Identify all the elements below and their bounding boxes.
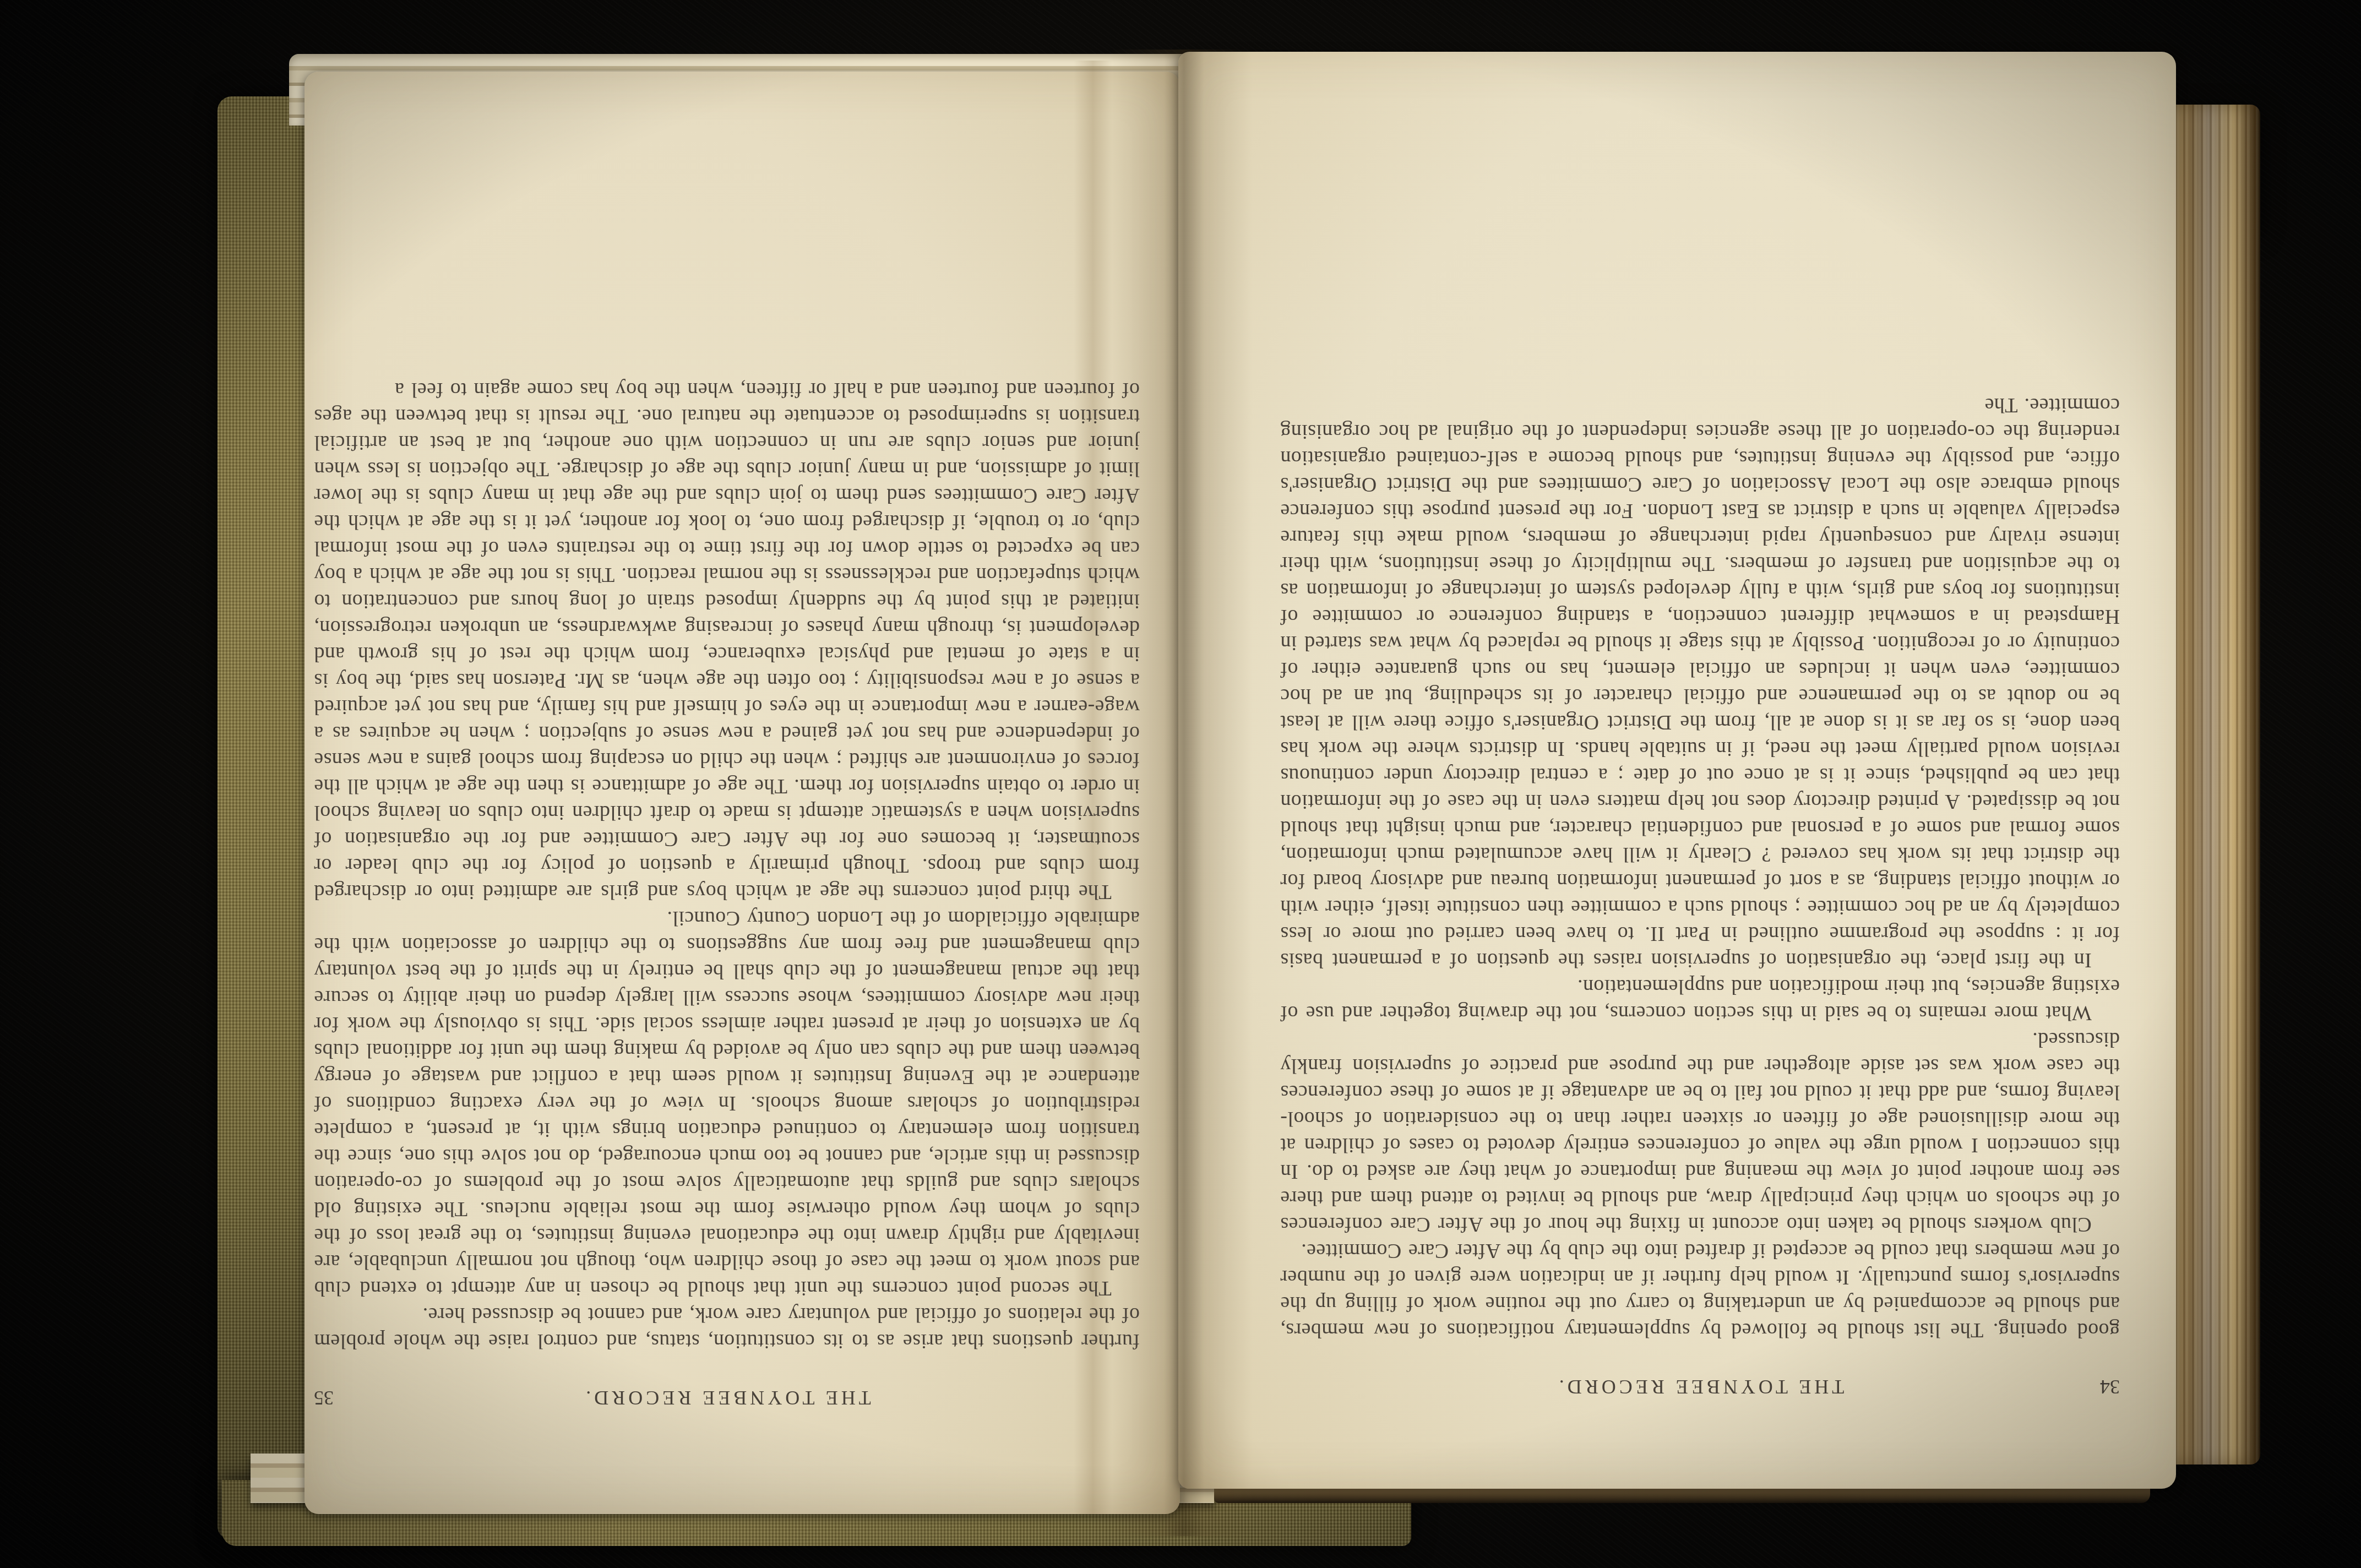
page-34-paragraph: In the first place, the organisation of … xyxy=(1280,392,2120,973)
page-35-paragraph: further questions that arise as to its c… xyxy=(314,1302,1140,1354)
page-34-paragraph: Club workers should be taken into accoun… xyxy=(1280,1026,2120,1238)
page-34-paragraph: What more remains to be said in this sec… xyxy=(1280,973,2120,1026)
cover-cloth-left-edge xyxy=(217,96,311,1539)
running-title: THE TOYNBEE RECORD. xyxy=(1556,1375,1845,1398)
page-number-35: 35 xyxy=(314,1386,334,1409)
open-book: THE TOYNBEE RECORD. 35 further questions… xyxy=(217,39,2260,1558)
page-34-paragraph: good opening. The list should be followe… xyxy=(1280,1238,2120,1343)
page-34-running-head: 34 THE TOYNBEE RECORD. xyxy=(1280,1375,2120,1398)
page-34-body: good opening. The list should be followe… xyxy=(1280,392,2120,1343)
page-35-paragraph: The third point concerns the age at whic… xyxy=(314,377,1140,905)
page-35-body: further questions that arise as to its c… xyxy=(314,377,1140,1354)
page-35-paragraph: The second point concerns the unit that … xyxy=(314,905,1140,1302)
page-number-34: 34 xyxy=(2100,1375,2120,1398)
photo-of-open-book: THE TOYNBEE RECORD. 35 further questions… xyxy=(0,0,2361,1568)
page-35-content: THE TOYNBEE RECORD. 35 further questions… xyxy=(314,149,1140,1409)
page-35-running-head: THE TOYNBEE RECORD. 35 xyxy=(314,1386,1140,1409)
running-title: THE TOYNBEE RECORD. xyxy=(583,1386,871,1409)
page-34-content: 34 THE TOYNBEE RECORD. good opening. The… xyxy=(1280,132,2120,1398)
